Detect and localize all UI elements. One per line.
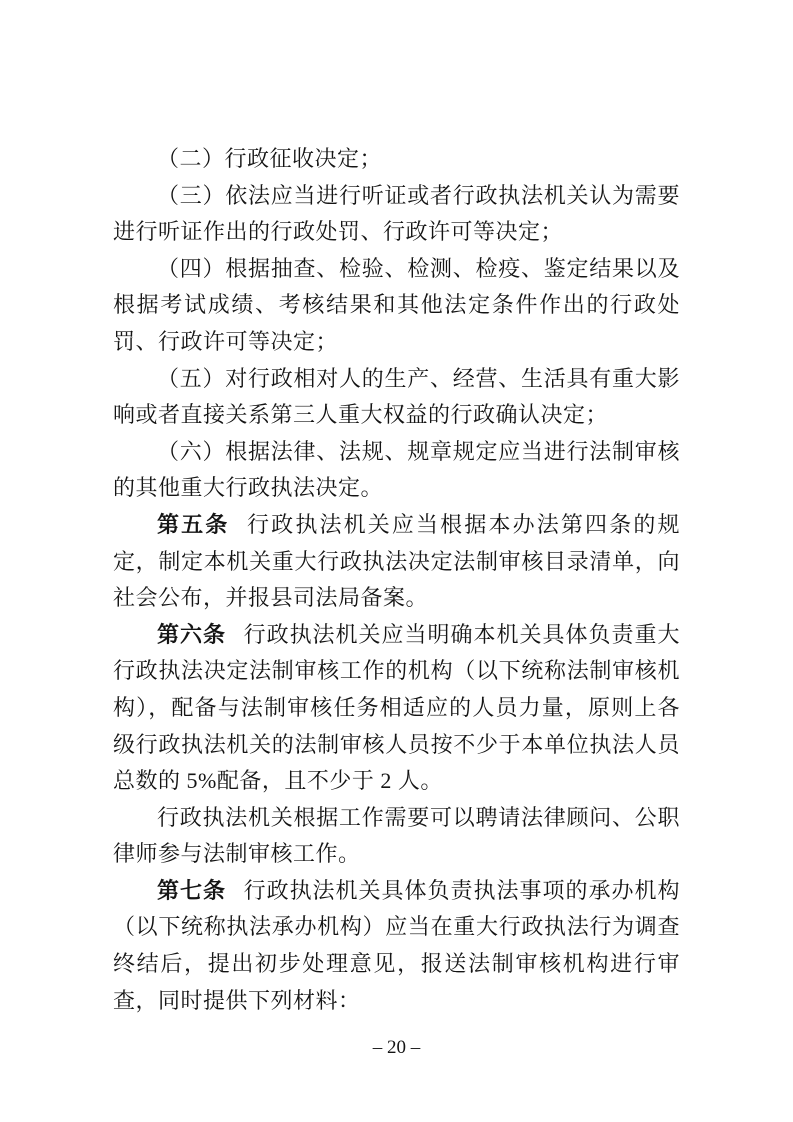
document-paragraph: （五）对行政相对人的生产、经营、生活具有重大影响或者直接关系第三人重大权益的行政… <box>113 361 680 434</box>
paragraph-text: （五）对行政相对人的生产、经营、生活具有重大影响或者直接关系第三人重大权益的行政… <box>113 366 680 428</box>
document-paragraph: 行政执法机关根据工作需要可以聘请法律顾问、公职律师参与法制审核工作。 <box>113 800 680 873</box>
article-number-label: 第七条 <box>157 878 226 903</box>
document-paragraph: 第六条行政执法机关应当明确本机关具体负责重大行政执法决定法制审核工作的机构（以下… <box>113 617 680 800</box>
document-paragraph: 第五条行政执法机关应当根据本办法第四条的规定，制定本机关重大行政执法决定法制审核… <box>113 507 680 617</box>
document-paragraph: （六）根据法律、法规、规章规定应当进行法制审核的其他重大行政执法决定。 <box>113 434 680 507</box>
paragraph-text: 行政执法机关应当明确本机关具体负责重大行政执法决定法制审核工作的机构（以下统称法… <box>113 622 680 793</box>
article-number-label: 第五条 <box>157 512 229 537</box>
paragraph-text: （六）根据法律、法规、规章规定应当进行法制审核的其他重大行政执法决定。 <box>113 439 680 501</box>
document-paragraph: （二）行政征收决定； <box>113 141 680 178</box>
document-paragraph: （三）依法应当进行听证或者行政执法机关认为需要进行听证作出的行政处罚、行政许可等… <box>113 178 680 251</box>
document-page: （二）行政征收决定； （三）依法应当进行听证或者行政执法机关认为需要进行听证作出… <box>0 0 793 1122</box>
article-number-label: 第六条 <box>157 622 226 647</box>
paragraph-text: （四）根据抽查、检验、检测、检疫、鉴定结果以及根据考试成绩、考核结果和其他法定条… <box>113 256 680 354</box>
document-paragraph: （四）根据抽查、检验、检测、检疫、鉴定结果以及根据考试成绩、考核结果和其他法定条… <box>113 251 680 361</box>
document-body: （二）行政征收决定； （三）依法应当进行听证或者行政执法机关认为需要进行听证作出… <box>113 141 680 1019</box>
paragraph-text: 行政执法机关根据工作需要可以聘请法律顾问、公职律师参与法制审核工作。 <box>113 805 680 867</box>
paragraph-text: （三）依法应当进行听证或者行政执法机关认为需要进行听证作出的行政处罚、行政许可等… <box>113 183 680 245</box>
paragraph-text: （二）行政征收决定； <box>157 146 382 171</box>
page-number: – 20 – <box>0 1034 793 1062</box>
document-paragraph: 第七条行政执法机关具体负责执法事项的承办机构（以下统称执法承办机构）应当在重大行… <box>113 873 680 1019</box>
